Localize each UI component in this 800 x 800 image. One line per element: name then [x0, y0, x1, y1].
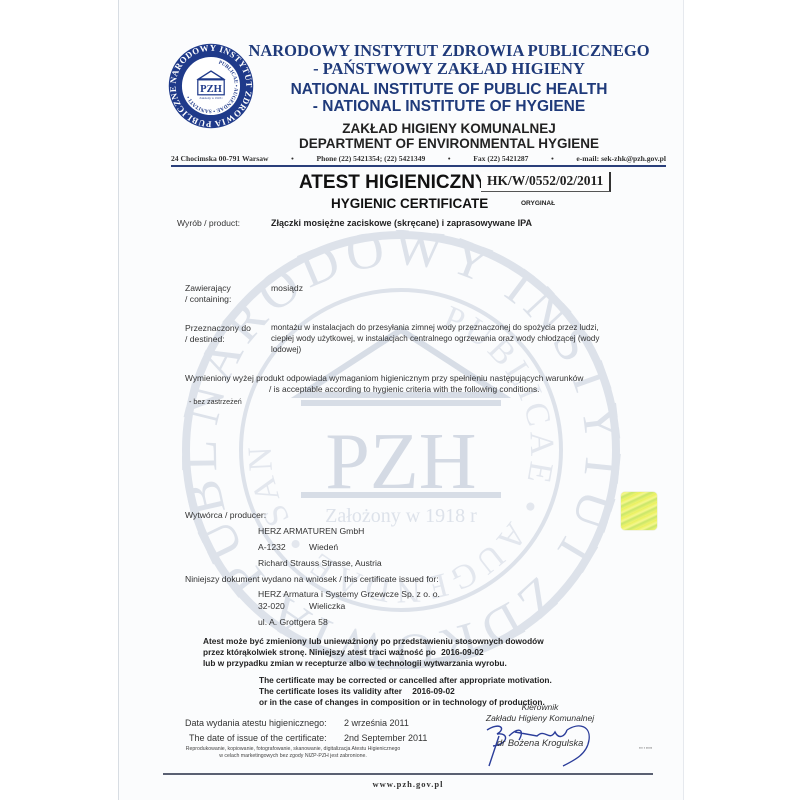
producer-city: Wiedeń: [309, 542, 338, 552]
original-label: ORYGINAŁ: [521, 200, 555, 207]
contact-email: e-mail: sek-zhk@pzh.gov.pl: [576, 154, 666, 163]
institute-name-pl-line2: - PAŃSTWOWY ZAKŁAD HIGIENY: [239, 60, 659, 77]
containing-label-line1: Zawierający: [185, 283, 231, 293]
certificate-title-en: HYGIENIC CERTIFICATE: [331, 196, 488, 211]
validity-pl-expiry-date: 2016-09-02: [441, 647, 483, 657]
conditions-statement-pl: Wymieniony wyżej produkt odpowiada wymag…: [185, 373, 583, 383]
issued-for-postal-code: 32-020: [258, 601, 285, 611]
validity-en-line1: The certificate may be corrected or canc…: [259, 675, 552, 686]
svg-text:PZH: PZH: [200, 84, 222, 95]
signatory-name: dr Bożena Krogulska: [497, 738, 583, 748]
product-value: Złączki mosiężne zaciskowe (skręcane) i …: [271, 218, 532, 228]
issued-for-street: ul. A. Grottgera 58: [258, 617, 328, 627]
containing-label-line2: / containing:: [185, 294, 231, 304]
contact-phone: Phone (22) 5421354; (22) 5421349: [316, 154, 425, 163]
validity-pl-line2-text: przez którąkolwiek stronę. Niniejszy ate…: [203, 647, 436, 657]
contact-fax: Fax (22) 5421287: [473, 154, 528, 163]
footer-divider: [163, 773, 653, 775]
contact-separator: •: [448, 154, 451, 163]
certificate-title-pl: ATEST HIGIENICZNY: [299, 172, 488, 194]
issue-date-label-en: The date of issue of the certificate:: [189, 733, 327, 743]
footnote-mark: ▪▪▪ ▪ ▪▪▪▪▪: [639, 746, 652, 750]
producer-street: Richard Strauss Strasse, Austria: [258, 558, 382, 568]
validity-en-line2-text: The certificate loses its validity after: [259, 686, 402, 696]
institute-name-en-line2: - NATIONAL INSTITUTE OF HYGIENE: [239, 99, 659, 115]
hologram-sticker: [621, 492, 657, 530]
issue-date-pl: 2 września 2011: [344, 718, 409, 728]
conditions-statement-en: / is acceptable according to hygienic cr…: [269, 384, 539, 394]
issued-for-city: Wieliczka: [309, 601, 345, 611]
destined-value-line2: ciepłej wody użytkowej, w instalacjach c…: [271, 334, 599, 344]
institute-name-en-line1: NATIONAL INSTITUTE OF PUBLIC HEALTH: [239, 82, 659, 98]
institute-name-pl-line1: NARODOWY INSTYTUT ZDROWIA PUBLICZNEGO: [239, 42, 659, 59]
validity-en-line2: The certificate loses its validity after…: [259, 686, 455, 697]
svg-text:PUBLICAE • AUGENDAE • SANITATI: PUBLICAE • AUGENDAE • SANITATI: [181, 230, 560, 609]
certificate-page: NARODOWY INSTYTUT ZDROWIA PUBLICZNEGO PU…: [118, 0, 684, 800]
pzh-watermark-seal: NARODOWY INSTYTUT ZDROWIA PUBLICZNEGO PU…: [181, 230, 621, 670]
containing-value: mosiądz: [271, 283, 303, 293]
producer-postal-code: A-1232: [258, 542, 286, 552]
producer-label: Wytwórca / producer:: [185, 510, 266, 520]
destined-label-line1: Przeznaczony do: [185, 323, 251, 333]
contact-separator: •: [551, 154, 554, 163]
validity-pl-line3: lub w przypadku zmian w recepturze albo …: [203, 658, 507, 669]
department-name-en: DEPARTMENT OF ENVIRONMENTAL HYGIENE: [239, 136, 659, 151]
validity-pl-line2: przez którąkolwiek stronę. Niniejszy ate…: [203, 647, 484, 658]
validity-pl-line1: Atest może być zmieniony lub unieważnion…: [203, 636, 544, 647]
destined-label-line2: / destined:: [185, 334, 225, 344]
footer-website: www.pzh.gov.pl: [163, 779, 653, 789]
signatory-title-line1: Kierownik: [485, 702, 595, 713]
svg-text:PZH: PZH: [325, 418, 476, 506]
issue-date-label-pl: Data wydania atestu higienicznego:: [185, 718, 327, 728]
contact-address: 24 Chocimska 00-791 Warsaw: [171, 154, 269, 163]
svg-text:Założony w 1918 r: Założony w 1918 r: [199, 96, 222, 100]
destined-value-line1: montażu w instalacjach do przesyłania zi…: [271, 323, 599, 333]
condition-item: - bez zastrzeżeń: [189, 397, 242, 407]
producer-name: HERZ ARMATUREN GmbH: [258, 526, 364, 536]
validity-en-expiry-date: 2016-09-02: [412, 686, 454, 696]
svg-text:Założony w 1918 r: Założony w 1918 r: [325, 505, 477, 527]
product-label: Wyrób / product:: [177, 218, 240, 228]
disclaimer-line2: w celach marketingowych bez zgody NIZP-P…: [163, 753, 423, 760]
header-divider: [171, 165, 666, 167]
contact-separator: •: [291, 154, 294, 163]
issued-for-name: HERZ Armatura i Systemy Grzewcze Sp. z o…: [258, 589, 440, 599]
certificate-number: HK/W/0552/02/2011: [481, 172, 611, 192]
disclaimer-line1: Reprodukowanie, kopiowanie, fotografowan…: [163, 746, 423, 753]
contact-line: 24 Chocimska 00-791 Warsaw • Phone (22) …: [171, 154, 666, 163]
issue-date-en: 2nd September 2011: [344, 733, 427, 743]
destined-value-line3: lodowej): [271, 345, 301, 355]
department-name-pl: ZAKŁAD HIGIENY KOMUNALNEJ: [239, 121, 659, 136]
issued-for-label: Niniejszy dokument wydano na wniosek / t…: [185, 574, 439, 584]
svg-text:NARODOWY INSTYTUT ZDROWIA PUBL: NARODOWY INSTYTUT ZDROWIA PUBLICZNEGO: [181, 230, 621, 670]
